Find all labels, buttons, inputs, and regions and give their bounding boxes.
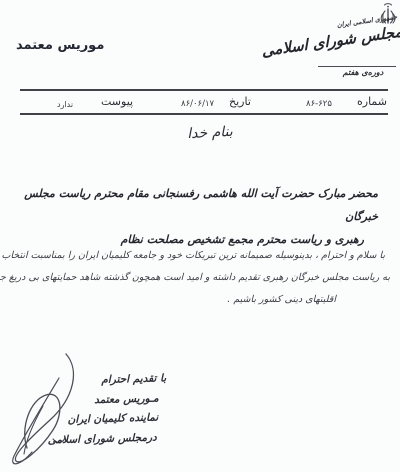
bismillah-calligraphy: بنام خدا	[150, 122, 271, 144]
salutation-line-1: محضر مبارک حضرت آیت الله هاشمی رفسنجانی …	[22, 182, 378, 228]
number-value: ۸۶-۶۲۵	[306, 99, 332, 109]
body-line-3: اقلیتهای دینی کشور باشیم .	[12, 289, 336, 311]
letterhead-term: دوره‌ی هفتم	[330, 68, 396, 77]
attachment-label: پیوست	[101, 95, 133, 108]
letterhead-term-divider	[318, 66, 396, 67]
header-rule-top	[20, 89, 388, 91]
sender-name: موریس معتمد	[16, 38, 104, 53]
date-label: تاریخ	[229, 95, 251, 108]
signature-block: با تقدیم احترام مـوریس معتمد نماینده کلی…	[34, 369, 168, 450]
header-rule-bottom	[20, 113, 388, 115]
date-value: ۸۶/۰۶/۱۷	[181, 99, 214, 109]
attachment-value: ندارد	[57, 100, 73, 109]
signature-title-1: نماینده کلیمیان ایران	[35, 409, 158, 432]
letter-body: با سلام و احترام ، بدینوسیله صمیمانه تری…	[12, 245, 390, 311]
body-line-1: با سلام و احترام ، بدینوسیله صمیمانه تری…	[12, 245, 385, 267]
signature-title-2: درمجلس شورای اسلامی	[36, 428, 157, 451]
number-label: شماره	[357, 95, 387, 108]
body-line-2: به ریاست مجلس خبرگان رهبری تقدیم داشته و…	[12, 267, 390, 289]
salutation-block: محضر مبارک حضرت آیت الله هاشمی رفسنجانی …	[22, 182, 378, 251]
scanned-letter-page: موریس معتمد جمهوری اسلامی ایران مجلس شور…	[0, 0, 400, 472]
